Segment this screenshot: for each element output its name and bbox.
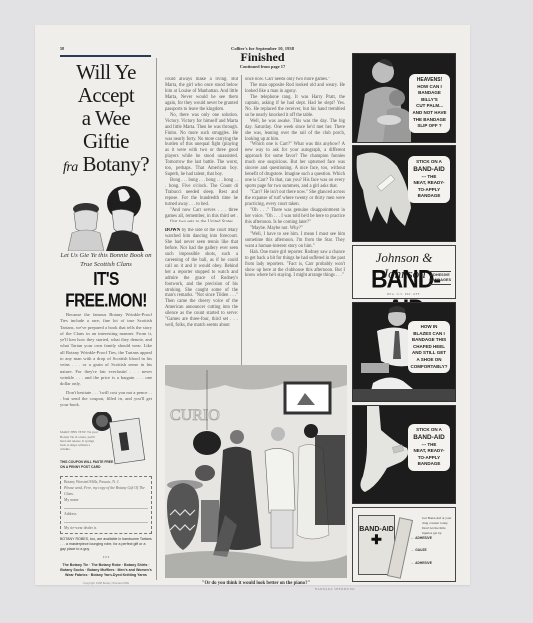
bubble-line: A SHOE ON <box>410 357 448 364</box>
bubble-line: HOW CAN I <box>411 84 448 91</box>
registration-mark: REG. U.S. PAT. OFF. <box>353 293 455 296</box>
story-paragraph: Hah. One more girl reporter. Rodney saw … <box>245 250 345 280</box>
botany-ad: Will Ye Accept a Wee Giftie fra Botany? … <box>60 58 152 580</box>
cartoon-artist: BARBARA SHERMUND <box>315 587 355 591</box>
body-paragraph: Because the famous Botany Wrinkle-Proof … <box>60 312 152 388</box>
story-column-1b: DOWN by the side of the court Mary watch… <box>165 228 238 363</box>
panel-hand: STICK ON A BAND-AID --- THE NEAT, READY-… <box>352 145 456 242</box>
separator-dots: • • • <box>60 555 152 560</box>
drop-cap: DOWN <box>165 228 180 233</box>
header-rule <box>60 55 151 57</box>
headline-brand: Botany? <box>83 152 149 176</box>
botany-headline: Will Ye Accept a Wee Giftie fra Botany? <box>60 61 152 179</box>
cartoon-illustration: CURIO <box>165 365 347 578</box>
story-column-2: once now. Carr needs only two more games… <box>245 77 345 363</box>
coupon-dealer-field[interactable]: My tie-wear dealer is <box>64 525 148 531</box>
bubble-line: NEAT, READY- <box>410 180 448 187</box>
arrow-label: GAUZE <box>415 548 427 552</box>
story-paragraph: "Well, I have to see him. I mean I must … <box>245 232 345 250</box>
continued-note: Continued from page 17 <box>165 64 360 69</box>
name-label: My name <box>64 498 78 502</box>
coupon-address-field[interactable]: Address <box>64 511 148 523</box>
fine-print: Copyright 1938 Botany Worsted Mills <box>60 581 152 586</box>
bandaid-ad: HEAVENS! HOW CAN I BANDAGE BILLY'S CUT P… <box>352 53 456 582</box>
dealer-label: My tie-wear dealer is <box>64 526 96 530</box>
story-title: Finished <box>165 51 360 64</box>
cartoon-caption: "Or do you think it would look better on… <box>165 581 347 586</box>
story-paragraph: No, there was only one solution. Victory… <box>165 113 238 178</box>
botany-tagline: Let Us Gie Ye this Bonnie Book on True S… <box>60 251 152 269</box>
bubble-brand: BAND-AID <box>410 166 448 174</box>
name-line <box>64 503 148 509</box>
coupon-name-field[interactable]: My name <box>64 497 148 509</box>
speech-bubble-3: HOW IN BLAZES CAN I BANDAGE THIS CHAFED … <box>408 321 450 373</box>
arrow-label: ADHESIVE <box>415 536 432 540</box>
story-paragraph: Well, he was awake. This was the day. Th… <box>245 119 345 143</box>
speech-bubble-4: STICK ON A BAND-AID --- THE NEAT, READY-… <box>408 424 450 471</box>
coupon-request: Please send, Free, my copy of the Botany… <box>64 485 148 497</box>
story-paragraph: The telephone rang. It was Harry Pratt, … <box>245 95 345 119</box>
product-line: The Botany Tie · The Botany Robe · Botan… <box>60 563 152 578</box>
label-gauze: ← GAUZE <box>411 548 427 552</box>
brand-descriptor: ADHESIVE BANDAGES <box>429 271 451 285</box>
body-paragraph: Don't hesitate . . . 'twill cost you not… <box>60 390 152 409</box>
story-text: by the side of the court Mary watched hi… <box>165 228 238 328</box>
story-masthead: Collier's for September 10, 1938 Finishe… <box>165 46 360 69</box>
bubble-line: TO-APPLY <box>410 455 448 462</box>
botany-body: Because the famous Botany Wrinkle-Proof … <box>60 312 152 408</box>
panel-man-heel: HOW IN BLAZES CAN I BANDAGE THIS CHAFED … <box>352 302 456 402</box>
bubble-line: BLAZES CAN I <box>410 331 448 338</box>
bubble-line: HOW IN <box>410 324 448 331</box>
address-line <box>64 517 148 523</box>
bubble-line: BANDAGE <box>410 193 448 200</box>
column-divider <box>241 75 242 365</box>
magazine-page: 58 Will Ye Accept a Wee Giftie fra Botan… <box>35 25 470 585</box>
descriptor-line: BANDAGES <box>429 278 451 283</box>
bubble-line: BANDAGE THIS <box>410 337 448 344</box>
seal-note: MAKE THIS TEST: Tie your Botany Tie in a… <box>60 430 100 451</box>
scotsmen-illustration <box>60 183 152 251</box>
column-divider <box>156 58 157 580</box>
red-cross-icon: ✚ <box>359 533 394 547</box>
bubble-line: COMFORTABLY? <box>410 364 448 371</box>
story-paragraph: "And now Carr serves . . . three games a… <box>165 208 238 222</box>
panel-foot: STICK ON A BAND-AID --- THE NEAT, READY-… <box>352 405 456 504</box>
bubble-line: AND STILL GET <box>410 350 448 357</box>
arrow-label: ADHESIVE <box>415 561 432 565</box>
story-paragraph: Bong . . . bong . . . bong . . . bong . … <box>165 178 238 208</box>
story-column-1: could always make a living. But Marta, t… <box>165 77 238 222</box>
bubble-line: CHAFED HEEL <box>410 344 448 351</box>
bubble-line: HEAVENS! <box>411 77 448 84</box>
seal-and-book: MAKE THIS TEST: Tie your Botany Tie in a… <box>60 412 152 474</box>
bubble-line: CUT PALM... <box>411 103 448 110</box>
bubble-line: NEAT, READY- <box>410 448 448 455</box>
page-number: 58 <box>60 46 64 51</box>
label-adhesive-top: ← ADHESIVE <box>411 536 432 540</box>
headline-line: a Wee Giftie <box>60 107 152 153</box>
bubble-line: BANDAGE <box>410 461 448 468</box>
product-description: Get Band-Aid at your drug counter today.… <box>422 516 453 536</box>
free-headline: IT'S FREE.MON! <box>60 269 152 312</box>
bubble-line: STICK ON A <box>410 159 448 166</box>
story-paragraph: The man opposite Rod looked old and wear… <box>245 83 345 95</box>
bubble-line: SLIP OFF ? <box>411 123 448 130</box>
bubble-line: BANDAGE BILLY'S <box>411 90 448 103</box>
story-paragraph: "Carr? He isn't out there now." She glan… <box>245 190 345 208</box>
bubble-brand: BAND-AID <box>410 434 448 442</box>
bubble-line: AND NOT HAVE <box>411 110 448 117</box>
headline-line: fra Botany? <box>60 153 152 179</box>
address-label: Address <box>64 512 76 516</box>
story-paragraph: "Oh . . ." There was genuine disappointm… <box>245 208 345 226</box>
bubble-line: STICK ON A <box>410 427 448 434</box>
label-adhesive-bottom: ← ADHESIVE <box>411 561 432 565</box>
coupon-header: THIS COUPON WILL PASTE FREE ON A PENNY P… <box>60 460 115 468</box>
bubble-line: TO-APPLY <box>410 187 448 194</box>
story-paragraph: "Which one is Carr?" What was this anyho… <box>245 142 345 190</box>
johnson-logo-box: Johnson & Johnson BAND-AID ADHESIVE BAND… <box>352 245 456 299</box>
bubble-line: --- THE <box>410 174 448 181</box>
robes-line: BOTANY ROBES, too, are available in hand… <box>60 537 152 552</box>
story-paragraph: DOWN by the side of the court Mary watch… <box>165 228 238 329</box>
speech-bubble-2: STICK ON A BAND-AID --- THE NEAT, READY-… <box>408 156 450 203</box>
coupon-form[interactable]: Botany Worsted Mills, Passaic, N. J. Ple… <box>60 476 152 534</box>
headline-fra: fra <box>63 160 78 175</box>
speech-bubble-1: HEAVENS! HOW CAN I BANDAGE BILLY'S CUT P… <box>409 74 450 133</box>
panel-mother-child: HEAVENS! HOW CAN I BANDAGE BILLY'S CUT P… <box>352 53 456 143</box>
product-box-illustration: BAND-AID ✚ ← ADHESIVE ← GAUZE ← ADHESIVE… <box>352 507 456 582</box>
story-paragraph: could always make a living. But Marta, t… <box>165 77 238 113</box>
bubble-line: THE BANDAGE <box>411 117 448 124</box>
curio-sign: CURIO <box>170 407 220 424</box>
bubble-line: --- THE <box>410 442 448 449</box>
headline-line: Will Ye Accept <box>60 61 152 107</box>
